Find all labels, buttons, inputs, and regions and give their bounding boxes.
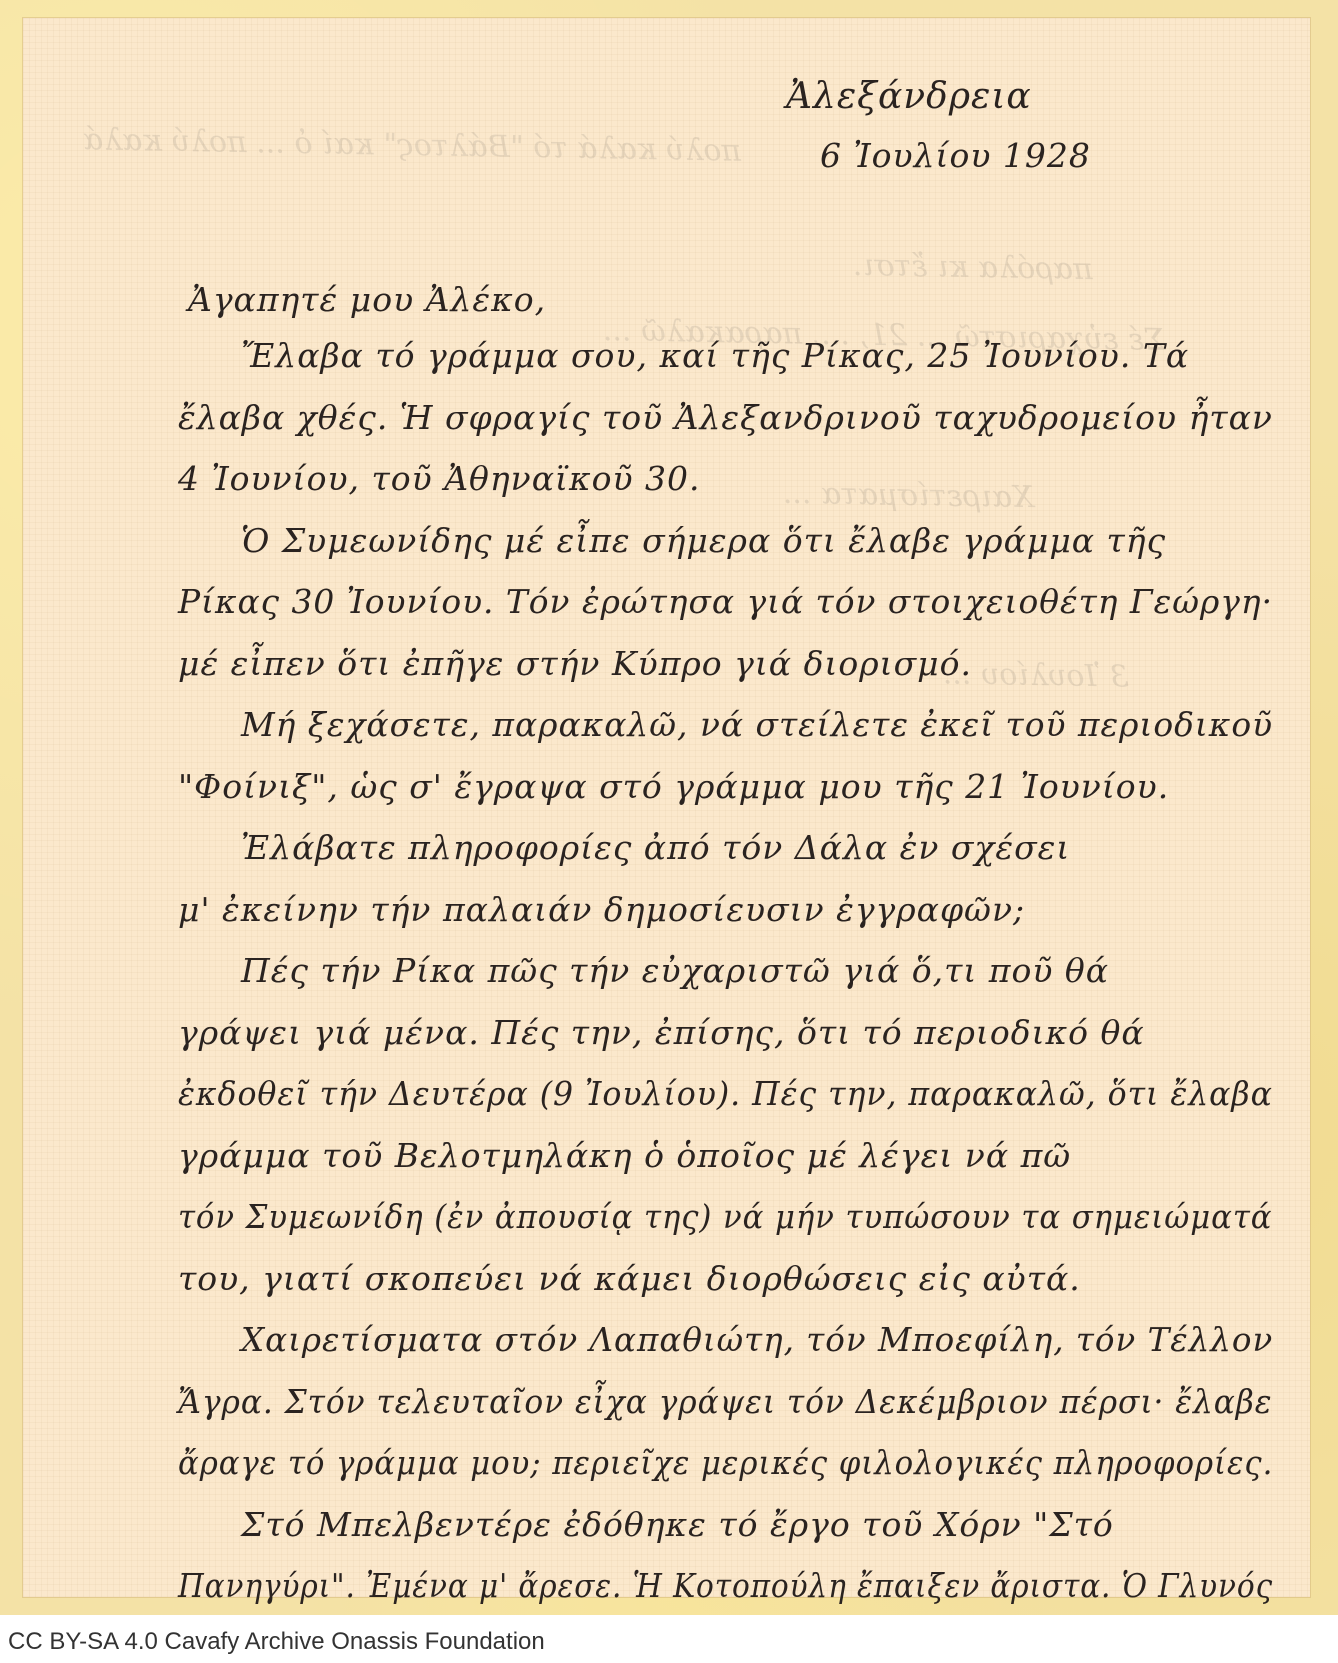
letter-line: 4 Ἰουνίου, τοῦ Ἀθηναϊκοῦ 30.	[178, 459, 700, 498]
letter-line: Στό Μπελβεντέρε ἐδόθηκε τό ἔργο τοῦ Χόρν…	[241, 1505, 1114, 1544]
letter-line: Χαιρετίσματα στόν Λαπαθιώτη, τόν Μποεφίλ…	[241, 1320, 1273, 1359]
letter-line: μ' ἐκείνην τήν παλαιάν δημοσίευσιν ἐγγρα…	[178, 890, 1025, 929]
letter-line: ἐκδοθεῖ τήν Δευτέρα (9 Ἰουλίου). Πές την…	[178, 1074, 1273, 1113]
letter-sheet: πολύ καλά τό "Βάλτος" καί ὁ ... πολύ καλ…	[23, 18, 1310, 1597]
license-caption: CC BY-SA 4.0 Cavafy Archive Onassis Foun…	[8, 1628, 545, 1656]
letter-line: μέ εἶπεν ὅτι ἐπῆγε στήν Κύπρο γιά διορισ…	[178, 644, 972, 683]
letter-line: γράψει γιά μένα. Πές την, ἐπίσης, ὅτι τό…	[178, 1013, 1145, 1052]
letter-salutation: Ἀγαπητέ μου Ἀλέκο,	[188, 280, 546, 319]
bleed-through-line: παρόλα κι ἔτσι.	[853, 248, 1094, 287]
letter-line: Πανηγύρι". Ἐμένα μ' ἄρεσε. Ἡ Κοτοπούλη ἔ…	[178, 1566, 1273, 1605]
letter-line: Ἔλαβα τό γράμμα σου, καί τῆς Ρίκας, 25 Ἰ…	[241, 336, 1189, 375]
letter-line: τόν Συμεωνίδη (ἐν ἀπουσίᾳ της) νά μήν τυ…	[178, 1197, 1272, 1236]
bleed-through-line: Χαιρετίσματα ...	[783, 476, 1034, 515]
letter-line: Ὁ Συμεωνίδης μέ εἶπε σήμερα ὅτι ἔλαβε γρ…	[241, 521, 1166, 560]
letter-line: ἔλαβα χθές. Ἡ σφραγίς τοῦ Ἀλεξανδρινοῦ τ…	[178, 398, 1273, 437]
letter-line: Ἄγρα. Στόν τελευταῖον εἶχα γράψει τόν Δε…	[178, 1382, 1273, 1421]
letter-place: Ἀλεξάνδρεια	[786, 76, 1032, 117]
letter-line: "Φοίνιξ", ὡς σ' ἔγραψα στό γράμμα μου τῆ…	[178, 767, 1169, 806]
letter-line: γράμμα τοῦ Βελοτμηλάκη ὁ ὁποῖος μέ λέγει…	[178, 1136, 1071, 1175]
letter-line: Μή ξεχάσετε, παρακαλῶ, νά στείλετε ἐκεῖ …	[241, 705, 1273, 744]
letter-line: Ἐλάβατε πληροφορίες ἀπό τόν Δάλα ἐν σχέσ…	[241, 828, 1070, 867]
letter-line: του, γιατί σκοπεύει νά κάμει διορθώσεις …	[178, 1259, 1081, 1298]
letter-date: 6 Ἰουλίου 1928	[820, 136, 1091, 175]
bleed-through-line: πολύ καλά τό "Βάλτος" καί ὁ ... πολύ καλ…	[83, 122, 742, 168]
letter-line: Πές τήν Ρίκα πῶς τήν εὐχαριστῶ γιά ὅ,τι …	[241, 951, 1109, 990]
letter-line: Ρίκας 30 Ἰουνίου. Τόν ἐρώτησα γιά τόν στ…	[178, 582, 1273, 621]
letter-line: ἄραγε τό γράμμα μου; περιεῖχε μερικές φι…	[178, 1443, 1273, 1482]
